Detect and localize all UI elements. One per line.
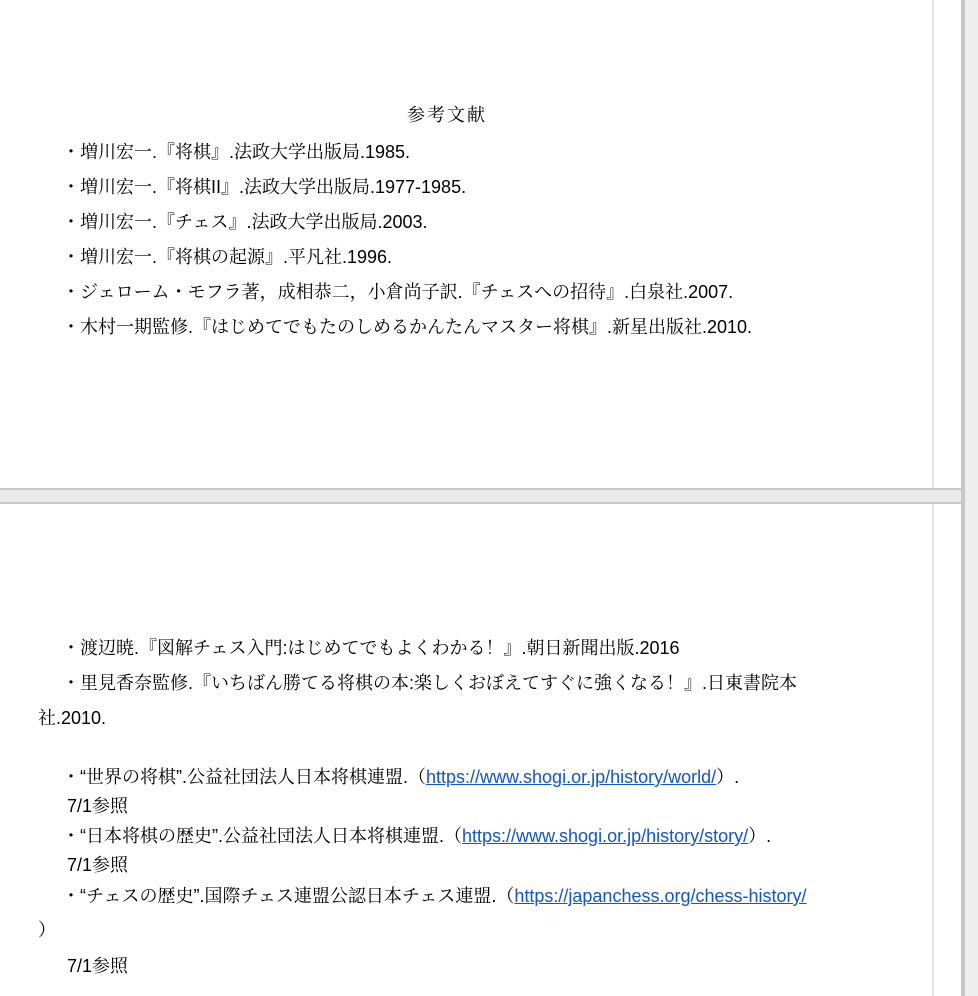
web-reference-text: ・“チェスの歴史”.国際チェス連盟公認日本チェス連盟.（: [62, 886, 514, 906]
web-reference: ・“チェスの歴史”.国際チェス連盟公認日本チェス連盟.（https://japa…: [62, 883, 807, 909]
web-reference-text: ・“世界の将棋”.公益社団法人日本将棋連盟.（: [62, 767, 426, 787]
reference-item: ・渡辺暁.『図解チェス入門:はじめてでもよくわかる！』.朝日新聞出版.2016: [62, 635, 680, 661]
external-link[interactable]: https://japanchess.org/chess-history/: [514, 886, 806, 906]
reference-item: ・増川宏一.『将棋』.法政大学出版局.1985.: [62, 139, 410, 165]
reference-item-continuation: 社.2010.: [38, 705, 106, 731]
external-link[interactable]: https://www.shogi.or.jp/history/story/: [462, 826, 748, 846]
document-canvas: 参考文献 ・増川宏一.『将棋』.法政大学出版局.1985. ・増川宏一.『将棋I…: [0, 0, 978, 996]
web-reference-text: ）.: [716, 767, 739, 787]
external-link[interactable]: https://www.shogi.or.jp/history/world/: [426, 767, 716, 787]
citation-date-note: 7/1参照: [67, 793, 128, 819]
page-break-gap: [0, 488, 961, 504]
reference-item: ・里見香奈監修.『いちばん勝てる将棋の本:楽しくおぼえてすぐに強くなる！』.日東…: [62, 670, 797, 696]
page-1: 参考文献 ・増川宏一.『将棋』.法政大学出版局.1985. ・増川宏一.『将棋I…: [0, 0, 934, 488]
page-2: [0, 504, 934, 996]
citation-date-note: 7/1参照: [67, 953, 128, 979]
reference-item: ・ジェローム・モフラ著，成相恭二，小倉尚子訳.『チェスへの招待』.白泉社.200…: [62, 279, 733, 305]
web-reference: ・“日本将棋の歴史”.公益社団法人日本将棋連盟.（https://www.sho…: [62, 823, 771, 849]
citation-date-note: 7/1参照: [67, 852, 128, 878]
reference-item: ・増川宏一.『将棋II』.法政大学出版局.1977-1985.: [62, 174, 466, 200]
web-reference-continuation: ）: [38, 917, 56, 943]
vertical-scrollbar[interactable]: [961, 0, 978, 996]
reference-item: ・増川宏一.『将棋の起源』.平凡社.1996.: [62, 244, 392, 270]
reference-item: ・増川宏一.『チェス』.法政大学出版局.2003.: [62, 209, 428, 235]
web-reference-text: ）.: [748, 826, 771, 846]
web-reference: ・“世界の将棋”.公益社団法人日本将棋連盟.（https://www.shogi…: [62, 764, 739, 790]
page-title: 参考文献: [0, 102, 894, 128]
web-reference-text: ・“日本将棋の歴史”.公益社団法人日本将棋連盟.（: [62, 826, 462, 846]
reference-item: ・木村一期監修.『はじめてでもたのしめるかんたんマスター将棋』.新星出版社.20…: [62, 314, 752, 340]
